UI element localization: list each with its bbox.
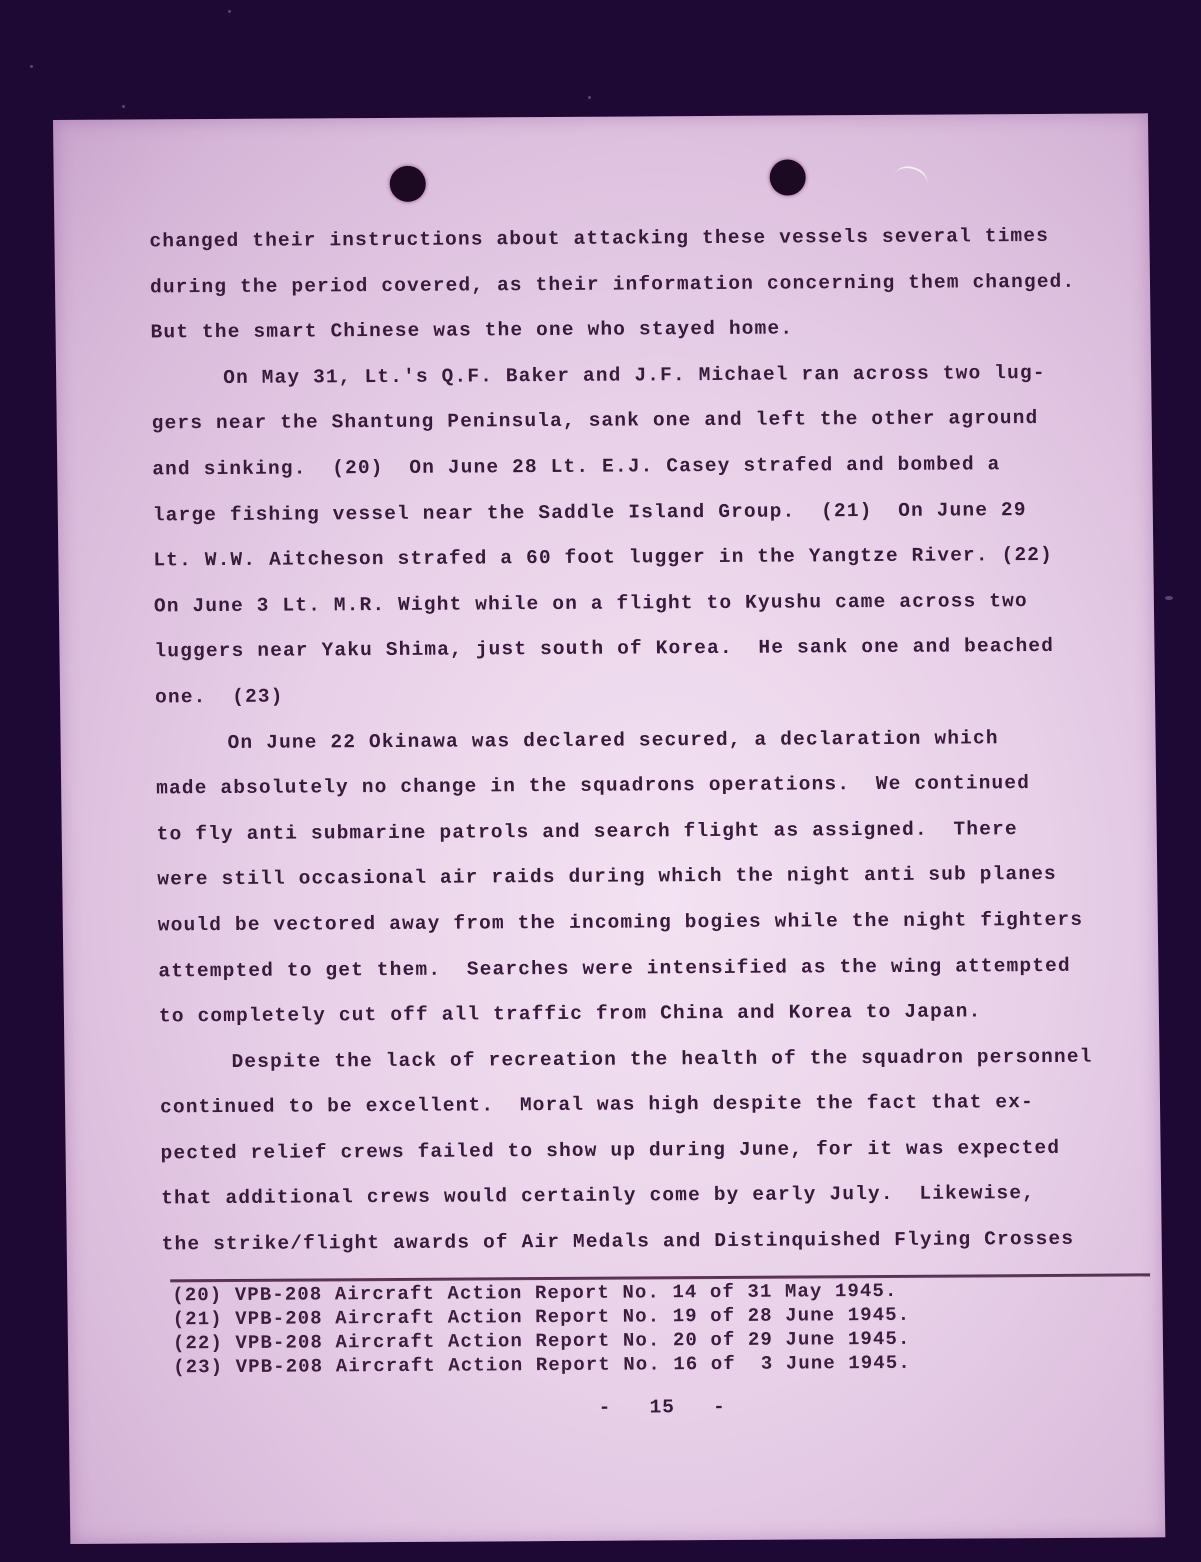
text-line: luggers near Yaku Shima, just south of K… (154, 632, 1154, 684)
text-line: On May 31, Lt.'s Q.F. Baker and J.F. Mic… (151, 358, 1151, 410)
punch-hole-right (769, 159, 805, 195)
text-line: But the smart Chinese was the one who st… (150, 312, 1150, 364)
text-line: to completely cut off all traffic from C… (159, 996, 1159, 1048)
film-speck (228, 10, 231, 13)
text-line: during the period covered, as their info… (150, 267, 1150, 319)
text-line: and sinking. (20) On June 28 Lt. E.J. Ca… (152, 449, 1152, 501)
body-text: changed their instructions about attacki… (149, 221, 1162, 1276)
footnotes: (20) VPB-208 Aircraft Action Report No. … (172, 1279, 911, 1380)
text-line: large fishing vessel near the Saddle Isl… (153, 495, 1153, 547)
text-line: changed their instructions about attacki… (149, 221, 1149, 273)
film-speck (588, 96, 591, 99)
footnote: (23) VPB-208 Aircraft Action Report No. … (173, 1351, 911, 1380)
film-scratch (891, 162, 931, 197)
punch-hole-left (390, 166, 426, 202)
text-line: On June 3 Lt. M.R. Wight while on a flig… (154, 586, 1154, 638)
page-number: - 15 - (599, 1396, 726, 1419)
text-line: gers near the Shantung Peninsula, sank o… (152, 404, 1152, 456)
text-line: to fly anti submarine patrols and search… (157, 814, 1157, 866)
text-line: one. (23) (155, 677, 1155, 729)
document-page: changed their instructions about attacki… (53, 113, 1165, 1544)
text-line: continued to be excellent. Moral was hig… (160, 1088, 1160, 1140)
film-speck (122, 105, 125, 108)
film-speck (1165, 596, 1173, 600)
text-line: were still occasional air raids during w… (157, 860, 1157, 912)
text-line: the strike/flight awards of Air Medals a… (162, 1224, 1162, 1276)
text-line: Despite the lack of recreation the healt… (159, 1042, 1159, 1094)
text-line: attempted to get them. Searches were int… (158, 951, 1158, 1003)
text-line: On June 22 Okinawa was declared secured,… (155, 723, 1155, 775)
text-line: Lt. W.W. Aitcheson strafed a 60 foot lug… (153, 540, 1153, 592)
text-line: would be vectored away from the incoming… (158, 905, 1158, 957)
text-line: made absolutely no change in the squadro… (156, 768, 1156, 820)
film-speck (30, 65, 33, 68)
text-line: pected relief crews failed to show up du… (160, 1133, 1160, 1185)
text-line: that additional crews would certainly co… (161, 1179, 1161, 1231)
